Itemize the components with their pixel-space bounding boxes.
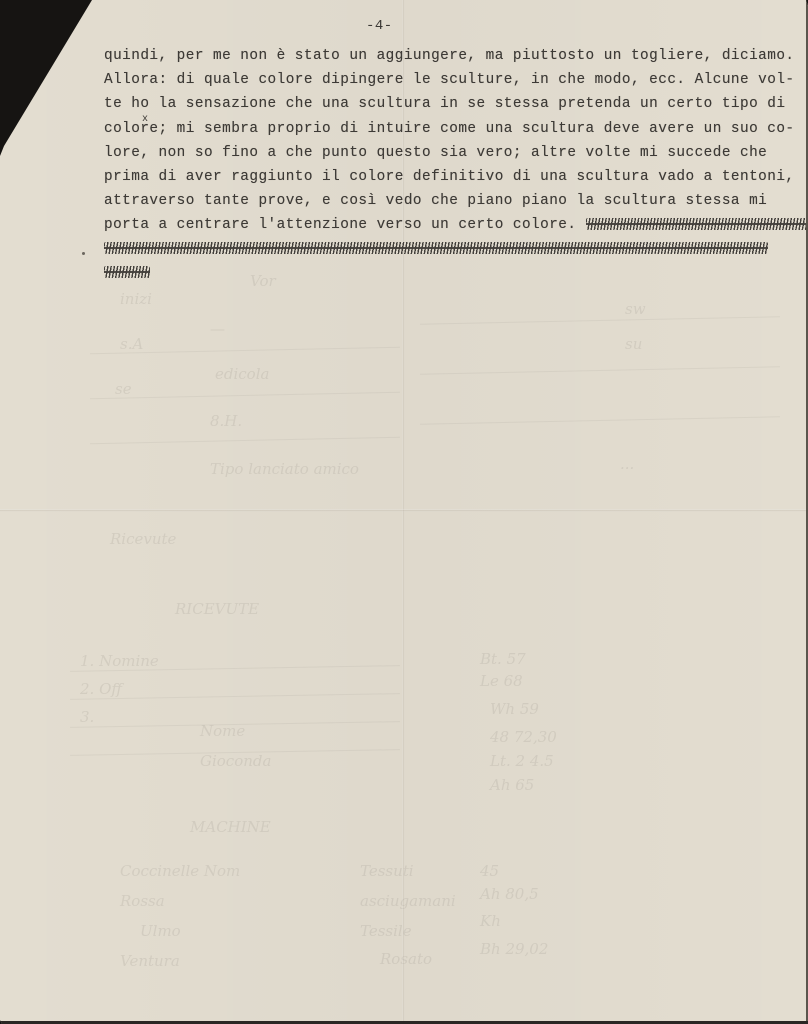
text-line: te ho la sensazione che una scultura in … <box>104 92 804 116</box>
bleed-through-text: edicola <box>215 365 269 383</box>
bleed-through-text: Rosato <box>380 950 432 968</box>
bleed-through-text: Le 68 <box>480 672 523 690</box>
bleed-through-text: Tessuti <box>360 862 414 880</box>
bleed-through-rule <box>420 416 780 425</box>
bleed-through-text: Coccinelle Nom <box>120 862 240 880</box>
bleed-through-text: MACHINE <box>190 818 271 836</box>
text-line: Allora: di quale colore dipingere le scu… <box>104 68 804 92</box>
text-line: porta a centrare l'attenzione verso un c… <box>104 217 576 233</box>
bleed-through-text: 48 72,30 <box>490 728 557 746</box>
bleed-through-text: Kh <box>480 912 501 930</box>
bleed-through-rule <box>70 721 400 728</box>
bleed-through-text: se <box>115 380 132 398</box>
typed-body-text: quindi, per me non è stato un aggiungere… <box>104 44 804 286</box>
bleed-through-text: 2. Off <box>80 680 122 698</box>
bleed-through-text: ... <box>620 455 634 473</box>
paper-sheet: Vor inizi — s.A edicola se 8.H. Tipo lan… <box>0 0 808 1024</box>
bleed-through-rule <box>90 392 400 399</box>
text-line: quindi, per me non è stato un aggiungere… <box>104 44 804 68</box>
text-line: colore; mi sembra proprio di intuire com… <box>104 117 804 141</box>
bleed-through-text: Gioconda <box>200 752 271 770</box>
bleed-through-text: Bh 29,02 <box>480 940 548 958</box>
scanned-document: Vor inizi — s.A edicola se 8.H. Tipo lan… <box>0 0 808 1024</box>
bleed-through-text: Wh 59 <box>490 700 539 718</box>
bleed-through-rule <box>90 347 400 354</box>
bleed-through-text: su <box>625 335 642 353</box>
page-number: -4- <box>366 18 393 34</box>
text-line: lore, non so fino a che punto questo sia… <box>104 141 804 165</box>
bleed-through-rule <box>70 749 400 756</box>
bleed-through-text: Bt. 57 <box>480 650 526 668</box>
bleed-through-text: Ulmo <box>140 922 181 940</box>
text-line: attraverso tante prove, e così vedo che … <box>104 189 804 213</box>
struck-out-text <box>586 218 808 230</box>
bleed-through-text: Tipo lanciato amico <box>210 460 359 478</box>
bleed-through-rule <box>90 437 400 444</box>
stray-ink-dot <box>82 252 85 255</box>
bleed-through-text: s.A <box>120 335 143 353</box>
bleed-through-text: inizi <box>120 290 152 308</box>
bleed-through-text: Ventura <box>120 952 180 970</box>
bleed-through-text: 1. Nomine <box>80 652 159 670</box>
bleed-through-text: Ricevute <box>110 530 176 548</box>
horizontal-fold-crease <box>0 509 808 512</box>
bleed-through-text: sw <box>625 300 646 318</box>
bleed-through-rule <box>70 693 400 700</box>
struck-out-text <box>104 242 768 254</box>
bleed-through-text: 3. <box>80 708 94 726</box>
struck-out-line <box>104 262 804 286</box>
bleed-through-text: Lt. 2 4.5 <box>490 752 554 770</box>
bleed-through-text: Ah 65 <box>490 776 534 794</box>
text-line-with-strikeout: porta a centrare l'attenzione verso un c… <box>104 213 804 237</box>
bleed-through-rule <box>420 366 780 375</box>
bleed-through-text: Rossa <box>120 892 165 910</box>
bleed-through-text: 8.H. <box>210 412 242 430</box>
bleed-through-rule <box>70 665 400 672</box>
bleed-through-rule <box>420 316 780 325</box>
struck-out-text <box>104 266 150 278</box>
bleed-through-text: 45 <box>480 862 499 880</box>
bleed-through-text: RICEVUTE <box>175 600 259 618</box>
text-line: prima di aver raggiunto il colore defini… <box>104 165 804 189</box>
bleed-through-text: — <box>210 320 225 338</box>
handwritten-insert-mark: x <box>142 114 148 125</box>
bleed-through-text: Ah 80,5 <box>480 885 539 903</box>
struck-out-line <box>104 238 804 262</box>
bleed-through-text: asciugamani <box>360 892 456 910</box>
